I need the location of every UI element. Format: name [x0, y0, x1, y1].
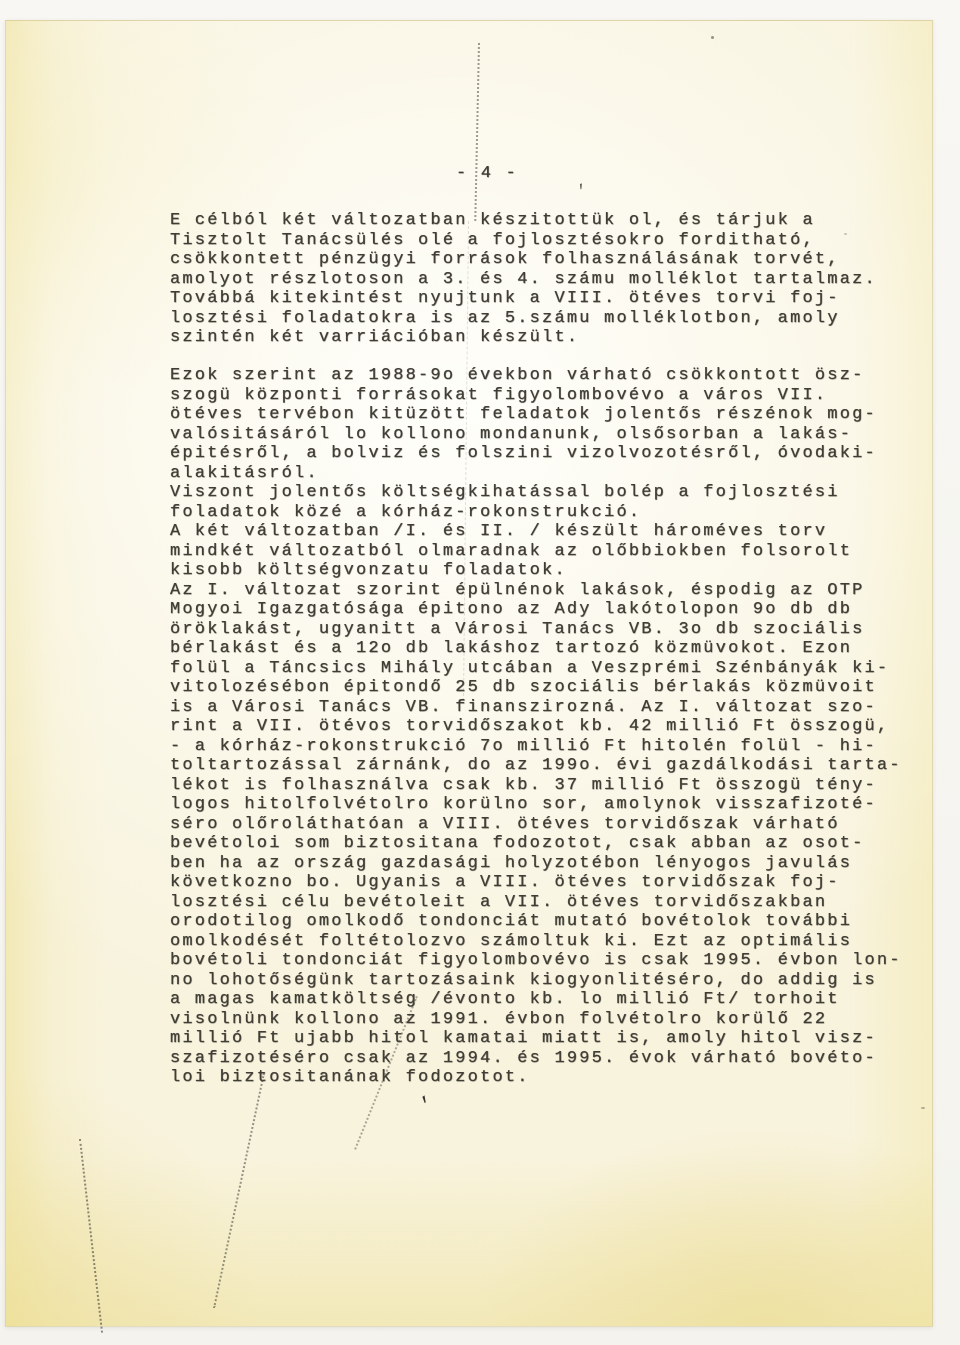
paper-speck [711, 36, 714, 39]
scanned-page: - 4 - E célból két változatban készitott… [5, 20, 933, 1327]
scan-background: - 4 - E célból két változatban készitott… [0, 0, 960, 1345]
fold-crease-bottom-left [79, 1139, 103, 1333]
fold-crease-top [474, 43, 480, 221]
page-number: - 4 - [456, 164, 518, 184]
main-paragraph: Ezok szerint az 1988-9o évekbon várható … [170, 366, 902, 1088]
paper-speck [921, 1107, 925, 1109]
ink-speck-mark-header: , [573, 172, 588, 192]
intro-paragraph: E célból két változatban készitottük ol,… [170, 211, 877, 348]
paper-speck [844, 233, 847, 235]
fold-crease-bottom-center [213, 1073, 265, 1308]
